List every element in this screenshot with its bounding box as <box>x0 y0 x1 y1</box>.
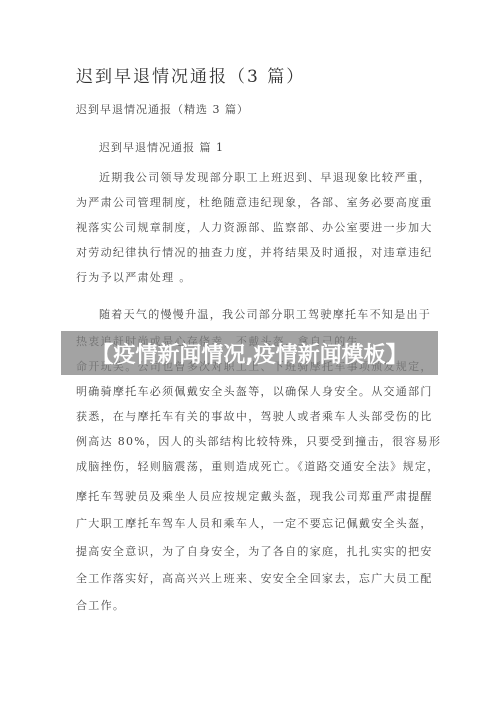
title-overlay-banner: 【疫情新闻情况,疫情新闻模板】 <box>61 331 438 375</box>
paragraph-line: 成脑挫伤，轻则脑震荡，重则造成死亡。《道路交通安全法》规定， <box>76 458 440 474</box>
paragraph-line: 摩托车驾驶员及乘坐人员应按规定戴头盔，现我公司郑重严肃提醒 <box>76 488 433 504</box>
paragraph-line: 视落实公司规章制度，人力资源部、监察部、办公室要进一步加大 <box>76 219 433 235</box>
banner-title: 【疫情新闻情况,疫情新闻模板】 <box>91 338 407 369</box>
paragraph-line: 提高安全意识，为了自身安全，为了各自的家庭，扎扎实实的把安 <box>76 543 433 559</box>
section-heading: 迟到早退情况通报 篇 1 <box>99 139 224 155</box>
paragraph-line: 近期我公司领导发现部分职工上班迟到、早退现象比较严重， <box>99 169 431 185</box>
document-title: 迟到早退情况通报（3 篇） <box>76 62 305 87</box>
paragraph-line: 获悉，在与摩托车有关的事故中，驾驶人或者乘车人头部受伤的比 <box>76 408 433 424</box>
paragraph-line: 为严肃公司管理制度，杜绝随意违纪现象，各部、室务必要高度重 <box>76 194 433 210</box>
paragraph-line: 例高达 80%，因人的头部结构比较特殊，只要受到撞击，很容易形 <box>76 433 441 449</box>
paragraph-line: 明确骑摩托车必须佩戴安全头盔等，以确保人身安全。从交通部门 <box>76 383 433 399</box>
paragraph-line: 广大职工摩托车驾车人员和乘车人，一定不要忘记佩戴安全头盔， <box>76 515 433 531</box>
paragraph-line: 随着天气的慢慢升温，我公司部分职工驾驶摩托车不知是出于 <box>99 306 431 322</box>
paragraph-line: 合工作。 <box>76 597 125 613</box>
paragraph-line: 对劳动纪律执行情况的抽查力度，并将结果及时通报，对违章违纪 <box>76 244 433 260</box>
document-subtitle: 迟到早退情况通报（精选 3 篇） <box>76 101 249 117</box>
paragraph-line: 行为予以严肃处理 。 <box>76 269 192 285</box>
document-page: 迟到早退情况通报（3 篇） 迟到早退情况通报（精选 3 篇） 迟到早退情况通报 … <box>0 0 500 706</box>
paragraph-line: 全工作落实好，高高兴兴上班来、安安全全回家去，忘广大员工配 <box>76 570 433 586</box>
